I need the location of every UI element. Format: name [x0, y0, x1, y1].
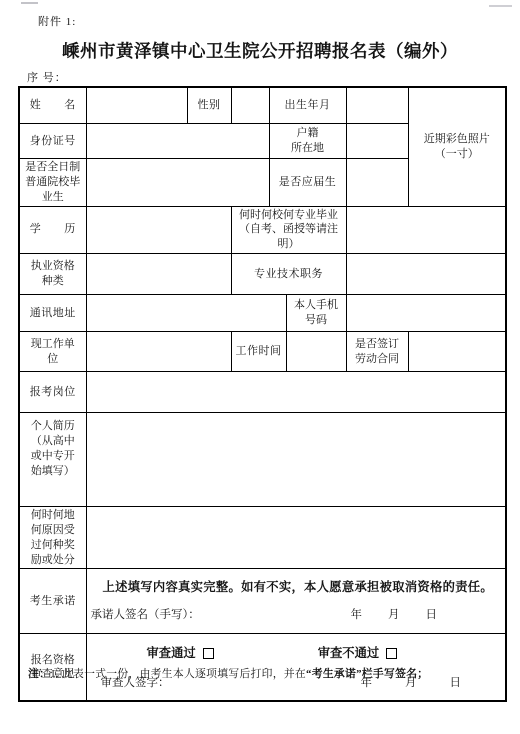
- awards-punishments-label: 何时何地 何原因受 过何种奖 励或处分: [19, 507, 86, 569]
- current-employer-value-cell[interactable]: [86, 332, 231, 372]
- residence-label: 户籍 所在地: [269, 124, 346, 159]
- photo-cell: 近期彩色照片 （一寸）: [408, 87, 506, 206]
- qualification-type-value-cell[interactable]: [86, 254, 231, 295]
- work-time-value-cell[interactable]: [286, 332, 346, 372]
- review-pass-checkbox[interactable]: [203, 648, 214, 659]
- fulltime-graduate-label: 是否全日制 普通院校毕 业生: [19, 159, 86, 207]
- mobile-number-label: 本人手机 号码: [286, 295, 346, 332]
- residence-value-cell[interactable]: [346, 124, 408, 159]
- table-row: 通讯地址 本人手机 号码: [19, 295, 506, 332]
- mailing-address-label: 通讯地址: [19, 295, 86, 332]
- table-row: 姓 名 性别 出生年月 近期彩色照片 （一寸）: [19, 87, 506, 124]
- review-pass-label: 审查通过: [147, 645, 196, 662]
- day-label: 日: [426, 608, 438, 624]
- awards-punishments-value-cell[interactable]: [86, 507, 506, 569]
- candidate-commitment-label: 考生承诺: [19, 569, 86, 634]
- table-row: 考生承诺 上述填写内容真实完整。如有不实，本人愿意承担被取消资格的责任。 承诺人…: [19, 569, 506, 634]
- table-row: 个人简历 （从高中 或中专开 始填写）: [19, 413, 506, 507]
- tech-position-value-cell[interactable]: [346, 254, 506, 295]
- applied-position-label: 报考岗位: [19, 372, 86, 413]
- year-label: 年: [351, 608, 363, 624]
- labor-contract-value-cell[interactable]: [408, 332, 506, 372]
- table-row: 执业资格 种类 专业技术职务: [19, 254, 506, 295]
- footer-note-bold: “考生承诺”栏手写签名；: [306, 668, 428, 680]
- education-label: 学 历: [19, 206, 86, 254]
- table-row: 报考岗位: [19, 372, 506, 413]
- applied-position-value-cell[interactable]: [86, 372, 506, 413]
- footer-note-prefix: 注：: [28, 668, 50, 680]
- mailing-address-value-cell[interactable]: [86, 295, 286, 332]
- application-form-table: 姓 名 性别 出生年月 近期彩色照片 （一寸） 身份证号 户籍 所在地 是否全日…: [18, 86, 507, 702]
- fulltime-graduate-value-cell[interactable]: [86, 159, 269, 207]
- fresh-graduate-value-cell[interactable]: [346, 159, 408, 207]
- gender-value-cell[interactable]: [231, 87, 269, 124]
- labor-contract-label: 是否签订 劳动合同: [346, 332, 408, 372]
- name-label: 姓 名: [19, 87, 86, 124]
- graduation-info-value-cell[interactable]: [346, 206, 506, 254]
- id-number-label: 身份证号: [19, 124, 86, 159]
- review-fail-option[interactable]: 审查不通过: [318, 645, 398, 662]
- gender-label: 性别: [187, 87, 231, 124]
- name-value-cell[interactable]: [86, 87, 187, 124]
- footer-note: 注：1. 此表一式一份，由考生本人逐项填写后打印，并在“考生承诺”栏手写签名；: [28, 666, 506, 681]
- commitment-signature-label[interactable]: 承诺人签名（手写）：: [91, 608, 200, 624]
- month-label: 月: [388, 608, 400, 624]
- mobile-number-value-cell[interactable]: [346, 295, 506, 332]
- tech-position-label: 专业技术职务: [231, 254, 346, 295]
- graduation-info-label: 何时何校何专业毕业 （自考、函授等请注明）: [231, 206, 346, 254]
- review-fail-label: 审查不通过: [318, 645, 380, 662]
- birth-date-value-cell[interactable]: [346, 87, 408, 124]
- serial-number-label: 序 号：: [27, 69, 67, 85]
- commitment-statement: 上述填写内容真实完整。如有不实，本人愿意承担被取消资格的责任。: [91, 579, 500, 596]
- id-number-value-cell[interactable]: [86, 124, 269, 159]
- birth-date-label: 出生年月: [269, 87, 346, 124]
- form-title: 嵊州市黄泽镇中心卫生院公开招聘报名表（编外）: [0, 38, 520, 63]
- fresh-graduate-label: 是否应届生: [269, 159, 346, 207]
- table-row: 现工作单 位 工作时间 是否签订 劳动合同: [19, 332, 506, 372]
- footer-note-body: 1. 此表一式一份，由考生本人逐项填写后打印，并在: [50, 668, 306, 680]
- current-employer-label: 现工作单 位: [19, 332, 86, 372]
- resume-label: 个人简历 （从高中 或中专开 始填写）: [19, 413, 86, 507]
- table-row: 学 历 何时何校何专业毕业 （自考、函授等请注明）: [19, 206, 506, 254]
- commitment-content-cell: 上述填写内容真实完整。如有不实，本人愿意承担被取消资格的责任。 承诺人签名（手写…: [86, 569, 506, 634]
- commitment-date-ymd[interactable]: 年 月 日: [351, 608, 438, 624]
- attachment-label: 附件 1:: [38, 13, 76, 29]
- review-fail-checkbox[interactable]: [386, 648, 397, 659]
- resume-value-cell[interactable]: [86, 413, 506, 507]
- work-time-label: 工作时间: [231, 332, 286, 372]
- review-pass-option[interactable]: 审查通过: [147, 645, 214, 662]
- page-crop-mark-right: [489, 5, 512, 7]
- table-row: 何时何地 何原因受 过何种奖 励或处分: [19, 507, 506, 569]
- education-value-cell[interactable]: [86, 206, 231, 254]
- qualification-type-label: 执业资格 种类: [19, 254, 86, 295]
- page-crop-mark-left: [21, 2, 38, 4]
